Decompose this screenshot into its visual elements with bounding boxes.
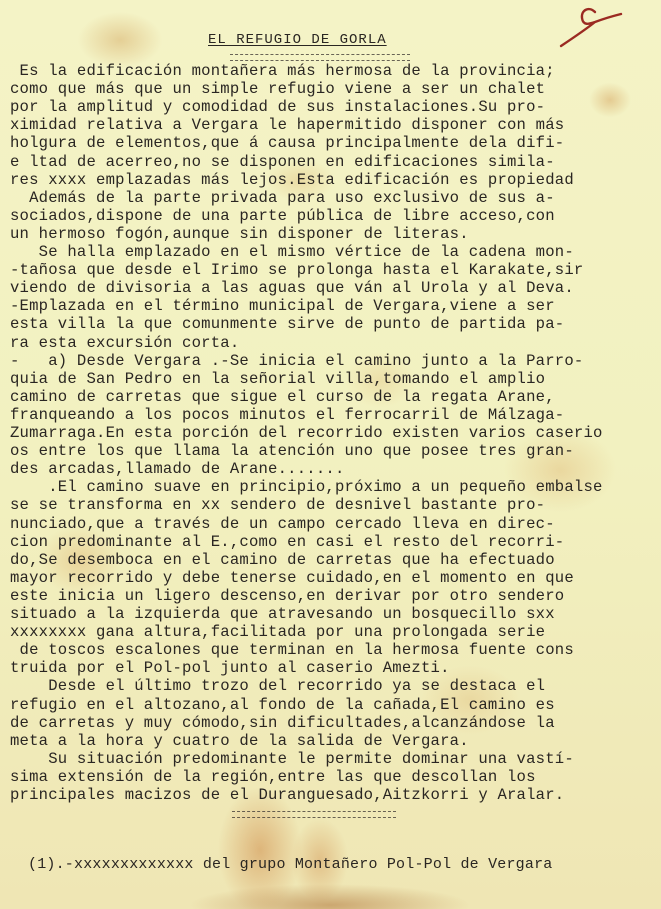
text-line: e ltad de acerreo,no se disponen en edif… (10, 153, 555, 171)
text-line: holgura de elementos,que á causa princip… (10, 134, 564, 152)
text-line: ra esta excursión corta. (10, 334, 239, 352)
text-line: Además de la parte privada para uso excl… (10, 189, 555, 207)
text-line: por la amplitud y comodidad de sus insta… (10, 98, 545, 116)
text-line: camino de carretas que sigue el curso de… (10, 388, 555, 406)
text-line: Desde el último trozo del recorrido ya s… (10, 677, 545, 695)
text-line: -Emplazada en el término municipal de Ve… (10, 297, 555, 315)
text-line: des arcadas,llamado de Arane....... (10, 460, 345, 478)
text-line: cion predominante al E.,como en casi el … (10, 533, 564, 551)
text-line: xxxxxxxx gana altura,facilitada por una … (10, 623, 545, 641)
text-line: situado a la izquierda que atravesando u… (10, 605, 555, 623)
text-line: de carretas y muy cómodo,sin dificultade… (10, 714, 555, 732)
text-line: esta villa la que comunmente sirve de pu… (10, 315, 564, 333)
text-line: se se transforma en xx sendero de desniv… (10, 496, 545, 514)
text-line: de toscos escalones que terminan en la h… (10, 641, 574, 659)
text-line: meta a la hora y cuatro de la salida de … (10, 732, 469, 750)
text-line: este inicia un ligero descenso,en deriva… (10, 587, 564, 605)
text-line: os entre los que llama la atención uno q… (10, 442, 574, 460)
text-line: Zumarraga.En esta porción del recorrido … (10, 424, 603, 442)
text-line: principales macizos de el Duranguesado,A… (10, 786, 564, 804)
handwritten-red-mark-icon (555, 4, 625, 50)
text-line: un hermoso fogón,aunque sin disponer de … (10, 225, 469, 243)
footnote: (1).-xxxxxxxxxxxxx del grupo Montañero P… (28, 856, 552, 873)
text-line: res xxxx emplazadas más lejos.Esta edifi… (10, 171, 574, 189)
text-line: mayor recorrido y debe tenerse cuidado,e… (10, 569, 574, 587)
text-line: - a) Desde Vergara .-Se inicia el camino… (10, 352, 583, 370)
text-line: Es la edificación montañera más hermosa … (10, 62, 555, 80)
end-rule (232, 811, 396, 818)
text-line: nunciado,que a través de un campo cercad… (10, 515, 555, 533)
text-line: viendo de divisoria a las aguas que ván … (10, 279, 574, 297)
text-line: quia de San Pedro en la señorial villa,t… (10, 370, 545, 388)
text-line: .El camino suave en principio,próximo a … (10, 478, 603, 496)
text-line: do,Se desemboca en el camino de carretas… (10, 551, 555, 569)
text-line: truida por el Pol-pol junto al caserio A… (10, 659, 450, 677)
text-line: refugio en el altozano,al fondo de la ca… (10, 696, 555, 714)
text-line: Su situación predominante le permite dom… (10, 750, 574, 768)
text-line: Se halla emplazado en el mismo vértice d… (10, 243, 574, 261)
text-line: -tañosa que desde el Irimo se prolonga h… (10, 261, 583, 279)
text-line: sima extensión de la región,entre las qu… (10, 768, 536, 786)
text-line: franqueando a los pocos minutos el ferro… (10, 406, 564, 424)
title-underline-rule (230, 54, 410, 61)
text-line: sociados,dispone de una parte pública de… (10, 207, 555, 225)
text-line: como que más que un simple refugio viene… (10, 80, 545, 98)
document-title: EL REFUGIO DE GORLA (208, 32, 387, 48)
text-line: ximidad relativa a Vergara le hapermitid… (10, 116, 564, 134)
